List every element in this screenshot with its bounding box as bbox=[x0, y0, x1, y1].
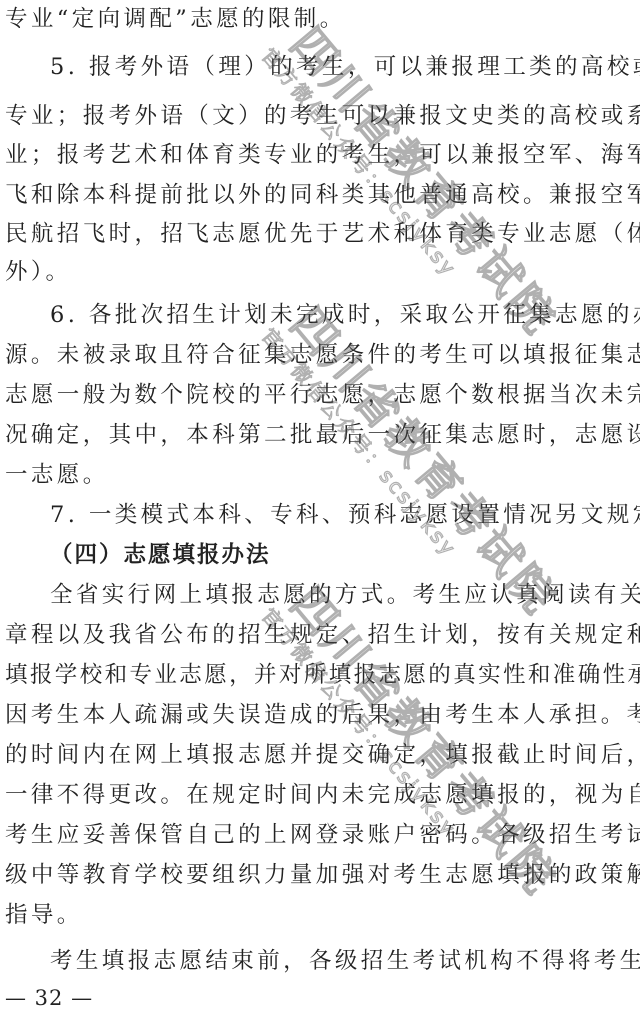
text-line: 志愿一般为数个院校的平行志愿，志愿个数根据当次未完成计划情 bbox=[5, 380, 633, 410]
text-line: 指导。 bbox=[5, 900, 633, 930]
page-number: — 32 — bbox=[5, 985, 93, 1011]
text-line: 因考生本人疏漏或失误造成的后果，由考生本人承担。考生在规定 bbox=[5, 700, 633, 730]
text-line: 一律不得更改。在规定时间内未完成志愿填报的，视为自愿放弃。 bbox=[5, 780, 633, 810]
text-line: 专业“定向调配”志愿的限制。 bbox=[5, 4, 633, 34]
text-line: 业；报考艺术和体育类专业的考生，可以兼报空军、海军和民航招 bbox=[5, 140, 633, 170]
document-page: 专业“定向调配”志愿的限制。 5. 报考外语（理）的考生，可以兼报理工类的高校或… bbox=[0, 0, 640, 1016]
text-line-item-5: 5. 报考外语（理）的考生，可以兼报理工类的高校或系（科）、 bbox=[50, 52, 633, 82]
text-line: 级中等教育学校要组织力量加强对考生志愿填报的政策解读和技术 bbox=[5, 860, 633, 890]
text-line: 填报学校和专业志愿，并对所填报志愿的真实性和准确性承担责任。 bbox=[5, 660, 633, 690]
text-line: 专业；报考外语（文）的考生可以兼报文史类的高校或系（科）、专 bbox=[5, 101, 633, 131]
text-line: 源。未被录取且符合征集志愿条件的考生可以填报征集志愿。征集 bbox=[5, 340, 633, 370]
text-line: 一志愿。 bbox=[5, 460, 633, 490]
text-line: 外）。 bbox=[5, 257, 633, 287]
text-line: 章程以及我省公布的招生规定、招生计划，按有关规定和要求选择 bbox=[5, 620, 633, 650]
text-line: 考生应妥善保管自己的上网登录账户密码。各级招生考试机构和高 bbox=[5, 820, 633, 850]
text-line: 的时间内在网上填报志愿并提交确定，填报截止时间后，所填志愿 bbox=[5, 740, 633, 770]
text-line: 飞和除本科提前批以外的同科类其他普通高校。兼报空军、海军和 bbox=[5, 180, 633, 210]
text-line: 全省实行网上填报志愿的方式。考生应认真阅读有关高校招生 bbox=[50, 580, 633, 610]
text-line: 考生填报志愿结束前，各级招生考试机构不得将考生高考成绩 bbox=[50, 946, 633, 976]
text-line-item-7: 7. 一类模式本科、专科、预科志愿设置情况另文规定。 bbox=[50, 500, 633, 530]
section-heading: （四）志愿填报办法 bbox=[50, 540, 640, 570]
text-line: 况确定，其中，本科第二批最后一次征集志愿时，志愿设置为 1 个 bbox=[5, 420, 633, 450]
text-line-item-6: 6. 各批次招生计划未完成时，采取公开征集志愿的办法补充生 bbox=[50, 300, 633, 330]
text-line: 民航招飞时，招飞志愿优先于艺术和体育类专业志愿（体育单招除 bbox=[5, 219, 633, 249]
